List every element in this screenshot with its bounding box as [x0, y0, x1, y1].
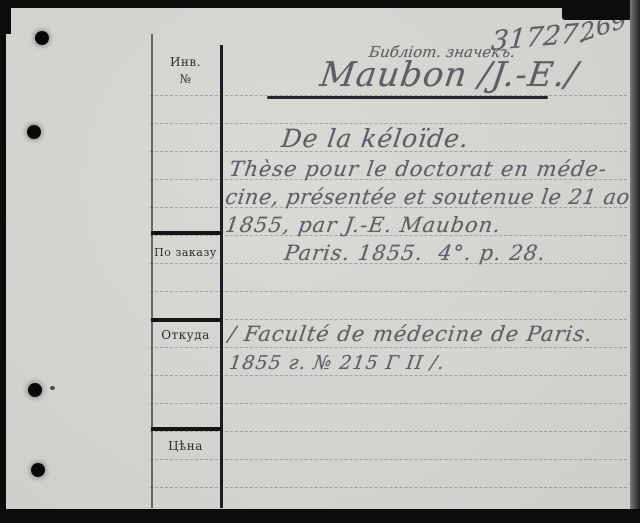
section-divider: [151, 318, 221, 322]
sidebar-label-price: Цѣна: [151, 438, 220, 455]
sidebar-label-inventory-line1: Инв.: [151, 54, 220, 71]
description-line: 1855, par J.-E. Maubon.: [224, 215, 502, 236]
scan-edge-left: [0, 0, 6, 523]
scan-edge-right: [630, 0, 640, 523]
catalog-card-scan: Инв. № По заказу Откуда Цѣна Библіот. зн…: [0, 0, 640, 523]
sidebar-label-inventory-line2: №: [151, 71, 220, 88]
description-line: Thèse pour le doctorat en méde-: [228, 159, 608, 180]
sidebar-label-order: По заказу: [151, 244, 220, 261]
paper-speck: [50, 386, 55, 390]
imprint-place-date: Paris. 1855.: [283, 243, 425, 264]
punch-hole: [35, 31, 49, 45]
scan-edge-bottom: [0, 509, 640, 523]
scan-edge-top: [0, 0, 640, 8]
source-line: 1855 г. № 215 Г II /.: [228, 354, 446, 373]
punch-hole: [27, 125, 41, 139]
author-heading: Maubon /J.-E./: [318, 58, 581, 92]
work-title: De la kéloïde.: [280, 126, 471, 151]
punch-hole: [28, 383, 42, 397]
label-column-left-line: [151, 34, 153, 508]
library-stamp-number: 31727.: [490, 20, 588, 55]
imprint-collation: 4°. p. 28.: [437, 243, 547, 264]
author-heading-underline: [267, 96, 548, 99]
source-line: / Faculté de médecine de Paris.: [227, 324, 594, 345]
punch-hole: [31, 463, 45, 477]
sidebar-label-origin: Откуда: [151, 327, 220, 344]
description-line: cine, présentée et soutenue le 21 août: [224, 187, 640, 208]
section-divider: [151, 231, 221, 235]
section-divider: [151, 427, 221, 431]
label-column-right-line: [220, 45, 223, 508]
scan-edge-corner-blob: [562, 0, 634, 20]
sidebar-label-inventory: Инв. №: [151, 54, 220, 88]
